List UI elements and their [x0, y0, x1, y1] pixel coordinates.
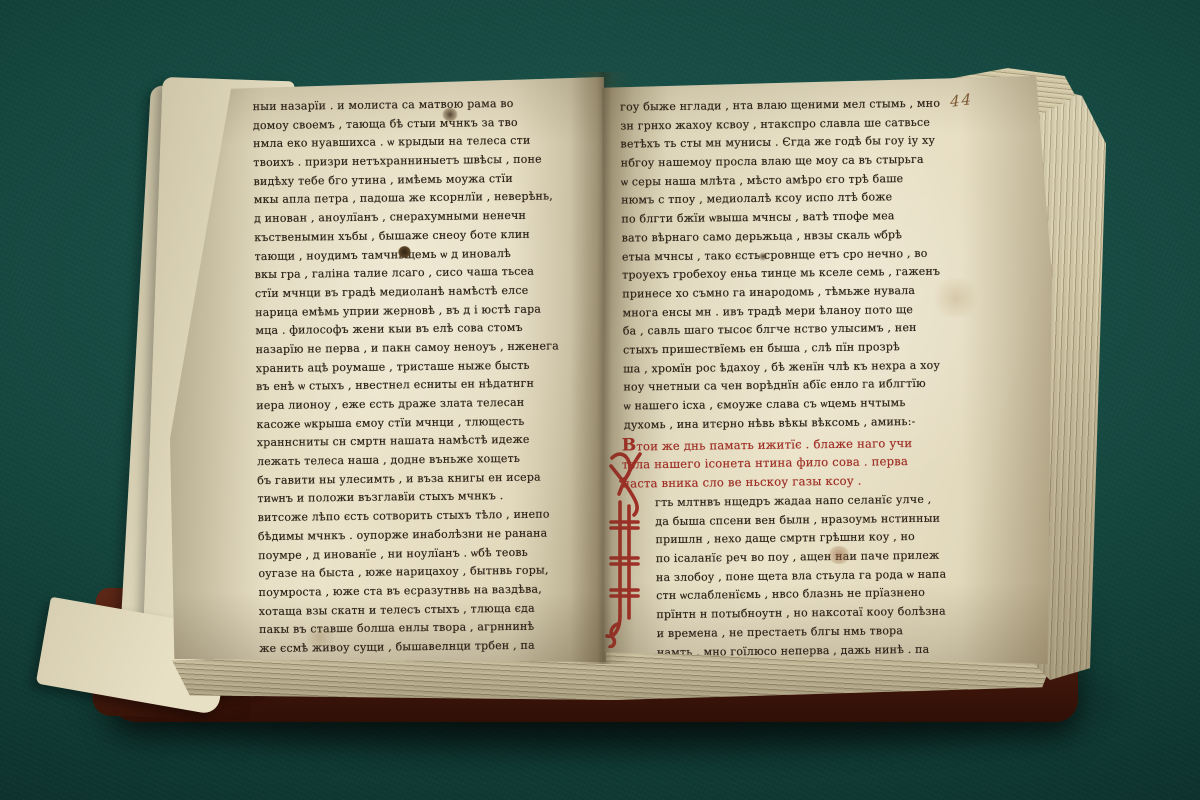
right-page-text-top: гоу быже нглади , нта влаю щеними мел ст…: [620, 93, 1040, 434]
parchment-stain: [300, 628, 340, 646]
parchment-stain: [930, 278, 982, 318]
right-page: 44 гоу быже нглади , нта влаю щеними мел…: [600, 76, 1052, 664]
left-page: ныи назарїи . и молиста са матвою рама в…: [170, 74, 606, 662]
gutter-shadow: [570, 72, 634, 664]
ink-stain: [442, 108, 458, 121]
photo-background: ныи назарїи . и молиста са матвою рама в…: [0, 0, 1200, 800]
ink-stain: [758, 252, 768, 261]
right-page-text-bottom: гть млтнвъ нщедръ жадаа напо селанїє улч…: [621, 489, 1039, 662]
left-page-text: ныи назарїи . и молиста са матвою рама в…: [253, 94, 600, 659]
ink-stain: [398, 246, 411, 258]
parchment-stain: [828, 546, 850, 564]
rubric-text: Втои же днь памать ижитїє . блаже наго у…: [622, 431, 1039, 493]
